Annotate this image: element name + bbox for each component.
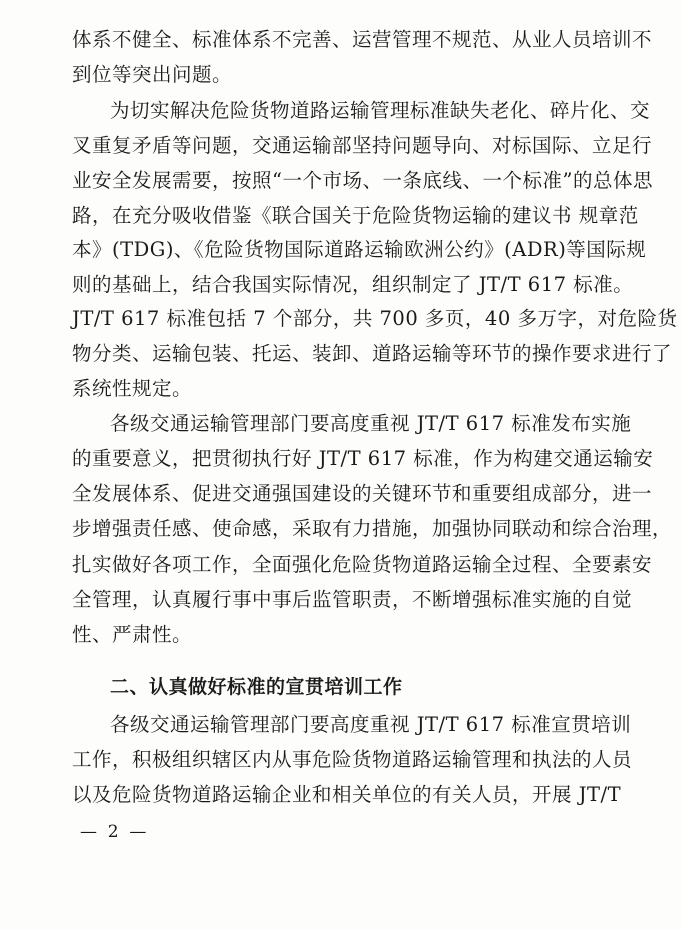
text-line: 的重要意义，把贯彻执行好 JT/T 617 标准，作为构建交通运输安 [72,444,608,474]
text-line: 工作，积极组织辖区内从事危险货物道路运输管理和执法的人员 [72,745,608,775]
text-line: JT/T 617 标准包括 7 个部分，共 700 多页，40 多万字，对危险货 [72,304,608,334]
text-line: 全管理，认真履行事中事后监管职责，不断增强标准实施的自觉 [72,585,608,615]
text-line: 则的基础上，结合我国实际情况，组织制定了 JT/T 617 标准。 [72,270,608,300]
text-line: 各级交通运输管理部门要高度重视 JT/T 617 标准宣贯培训 [110,710,608,740]
text-line: 扎实做好各项工作，全面强化危险货物道路运输全过程、全要素安 [72,550,608,580]
text-line: 性、严肃性。 [72,620,608,650]
page-number: — 2 — [80,820,146,844]
text-line: 各级交通运输管理部门要高度重视 JT/T 617 标准发布实施 [110,409,608,439]
section-heading: 二、认真做好标准的宣贯培训工作 [110,672,403,702]
text-line: 体系不健全、标准体系不完善、运营管理不规范、从业人员培训不 [72,25,608,55]
text-line: 本》(TDG)、《危险货物国际道路运输欧洲公约》(ADR)等国际规 [72,235,608,265]
text-line: 路，在充分吸收借鉴《联合国关于危险货物运输的建议书 规章范 [72,201,608,231]
text-line: 系统性规定。 [72,374,608,404]
text-line: 以及危险货物道路运输企业和相关单位的有关人员，开展 JT/T [72,780,608,810]
text-line: 物分类、运输包装、托运、装卸、道路运输等环节的操作要求进行了 [72,339,608,369]
text-line: 到位等突出问题。 [72,60,608,90]
text-line: 叉重复矛盾等问题，交通运输部坚持问题导向、对标国际、立足行 [72,131,608,161]
text-line: 步增强责任感、使命感，采取有力措施，加强协同联动和综合治理， [72,514,608,544]
text-line: 为切实解决危险货物道路运输管理标准缺失老化、碎片化、交 [110,96,608,126]
text-line: 全发展体系、促进交通强国建设的关键环节和重要组成部分，进一 [72,479,608,509]
document-page: 体系不健全、标准体系不完善、运营管理不规范、从业人员培训不 到位等突出问题。 为… [0,0,681,930]
text-line: 业安全发展需要，按照“一个市场、一条底线、一个标准”的总体思 [72,166,608,196]
